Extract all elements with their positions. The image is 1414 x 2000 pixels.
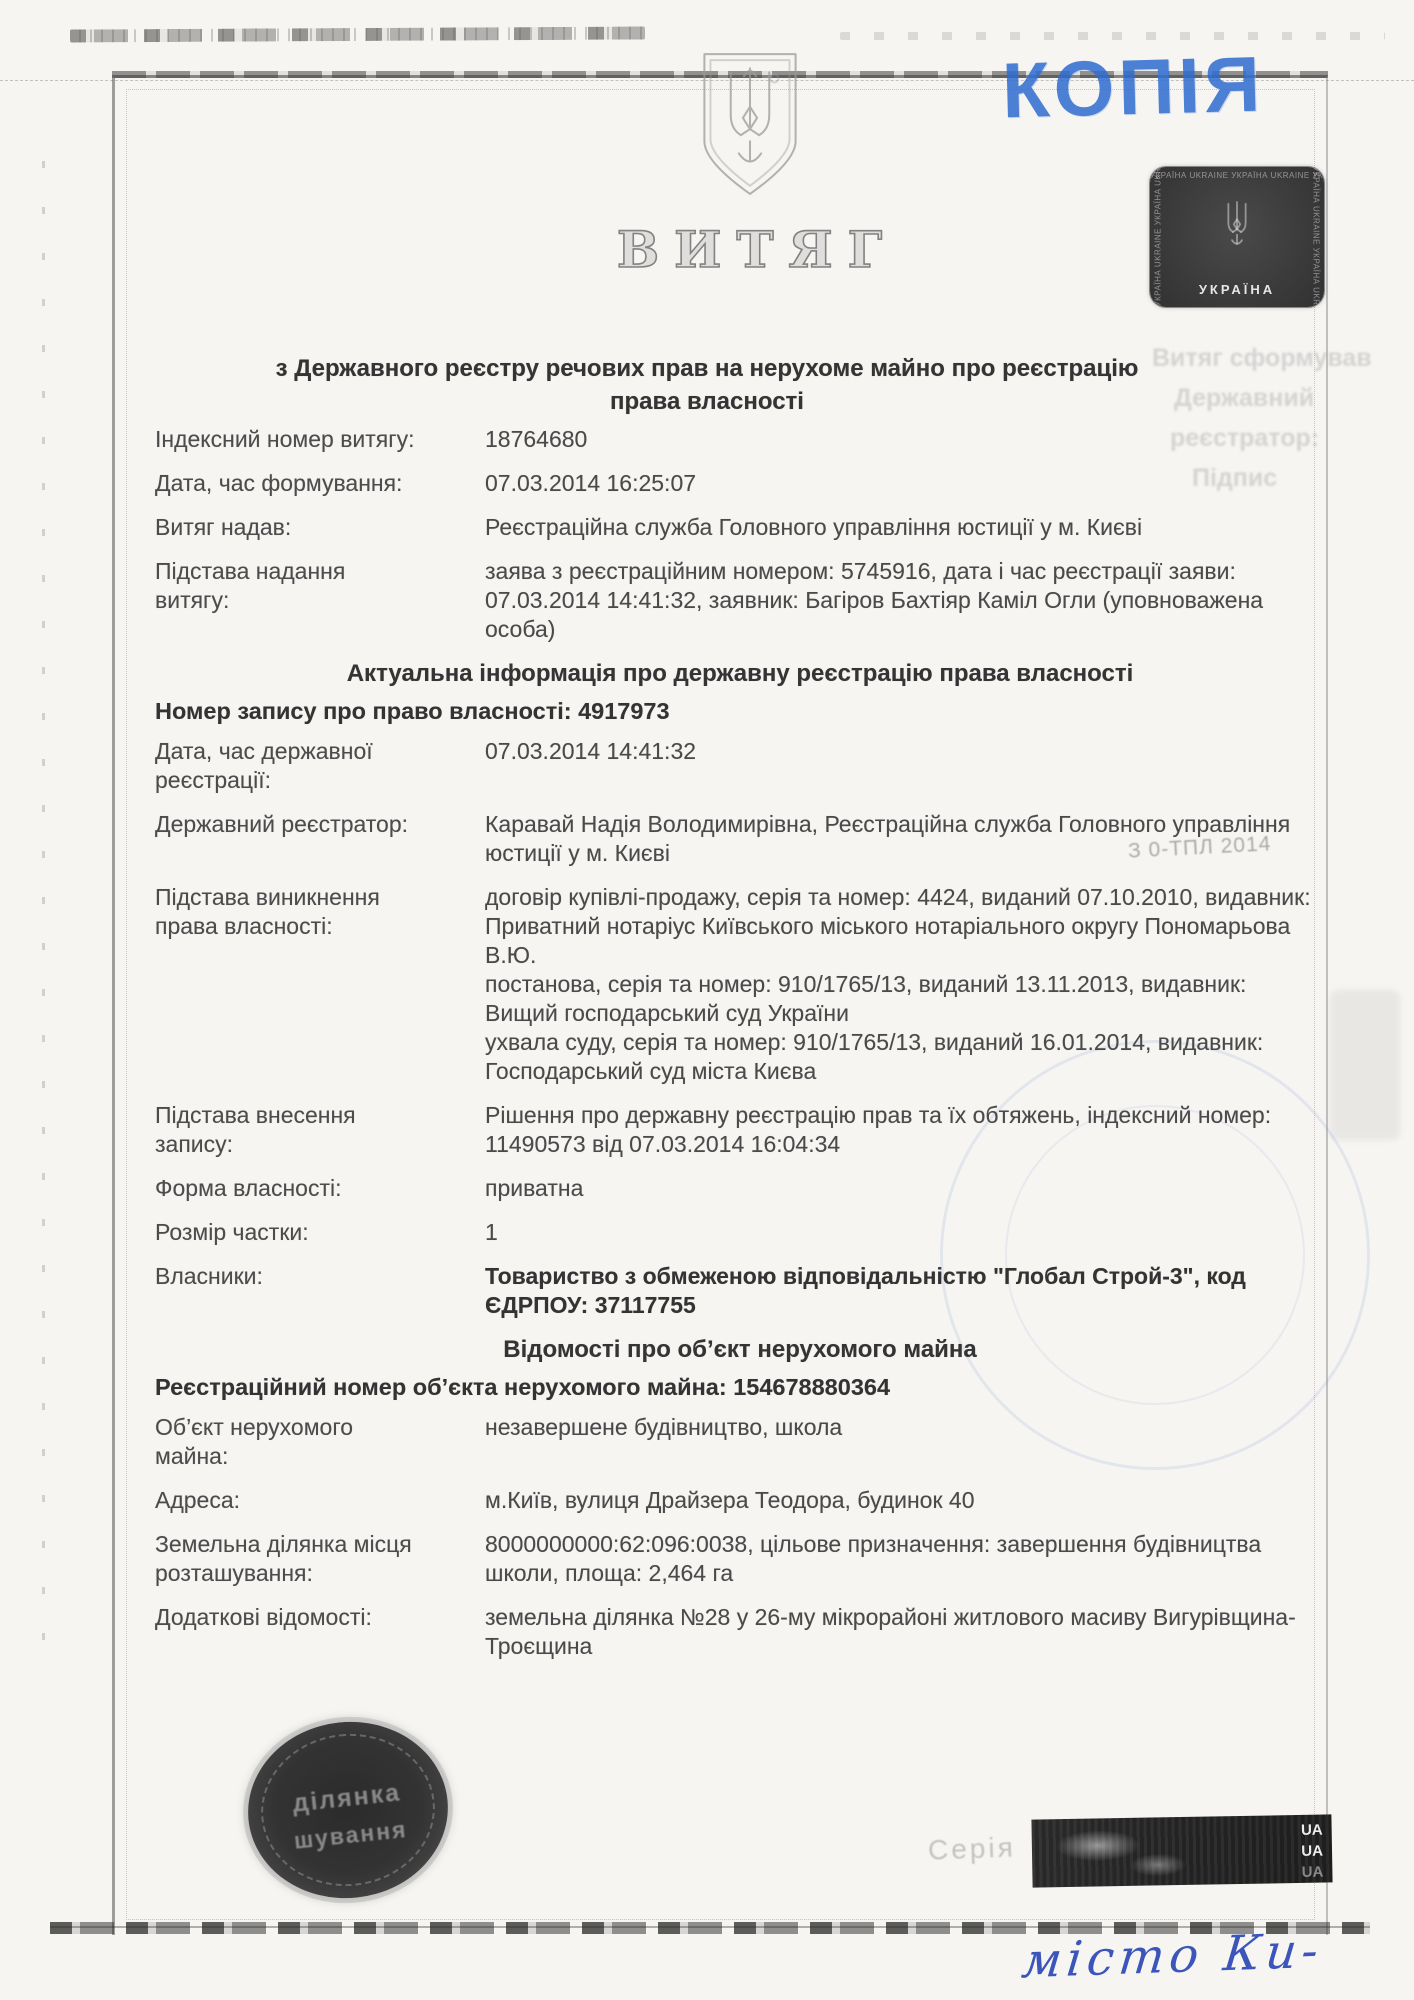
- field-label: Підстава виникнення права власності:: [155, 883, 425, 1086]
- redaction-bar: UA UA UA: [1031, 1814, 1332, 1887]
- field-label: Об’єкт нерухомого майна:: [155, 1413, 425, 1471]
- field-value: 07.03.2014 14:41:32: [485, 737, 1325, 795]
- field-label: Власники:: [155, 1262, 425, 1320]
- field-label: Додаткові відомості:: [155, 1603, 425, 1661]
- seal-country-label: УКРАЇНА: [1150, 282, 1324, 297]
- field-row: Додаткові відомості:земельна ділянка №28…: [155, 1603, 1325, 1661]
- field-value: приватна: [485, 1174, 1325, 1203]
- field-value: 18764680: [485, 425, 1325, 454]
- field-row: Дата, час формування:07.03.2014 16:25:07: [155, 469, 1325, 498]
- field-label: Державний реєстратор:: [155, 810, 425, 868]
- field-row: Адреса:м.Київ, вулиця Драйзера Теодора, …: [155, 1486, 1325, 1515]
- field-label: Дата, час державної реєстрації:: [155, 737, 425, 795]
- top-fields: Індексний номер витягу:18764680Дата, час…: [155, 425, 1325, 644]
- field-value: договір купівлі-продажу, серія та номер:…: [485, 883, 1325, 1086]
- field-value: Рішення про державну реєстрацію прав та …: [485, 1101, 1325, 1159]
- seal-ring-text: УКРАЇНА UKRAINE УКРАЇНА UKRAINE УКРАЇНА: [1150, 171, 1324, 180]
- field-row: Витяг надав:Реєстраційна служба Головног…: [155, 513, 1325, 542]
- scan-artifact-dashes: [42, 140, 45, 1640]
- document-heading: з Державного реєстру речових прав на нер…: [262, 352, 1152, 418]
- field-row: Об’єкт нерухомого майна:незавершене буді…: [155, 1413, 1325, 1471]
- field-row: Підстава виникнення права власності:дого…: [155, 883, 1325, 1086]
- field-value: 1: [485, 1218, 1325, 1247]
- field-label: Розмір частки:: [155, 1218, 425, 1247]
- field-row: Форма власності:приватна: [155, 1174, 1325, 1203]
- scan-artifact-strip: [70, 26, 645, 42]
- field-row: Розмір частки:1: [155, 1218, 1325, 1247]
- scanned-document-page: ВИТЯГ КОПІЯ УКРАЇНА UKRAINE УКРАЇНА UKRA…: [0, 0, 1414, 2000]
- section2-heading: Відомості про об’єкт нерухомого майна: [155, 1335, 1325, 1364]
- ua-label: UA: [1302, 1862, 1324, 1883]
- field-row: Індексний номер витягу:18764680: [155, 425, 1325, 454]
- field-value: Каравай Надія Володимирівна, Реєстраційн…: [485, 810, 1325, 868]
- ukraine-hologram-seal: УКРАЇНА UKRAINE УКРАЇНА UKRAINE УКРАЇНА …: [1150, 167, 1324, 307]
- ua-label: UA: [1301, 1841, 1323, 1862]
- field-label: Підстава надання витягу:: [155, 557, 425, 644]
- field-value: Реєстраційна служба Головного управління…: [485, 513, 1325, 542]
- field-value: Товариство з обмеженою відповідальністю …: [485, 1262, 1325, 1320]
- field-row: Дата, час державної реєстрації:07.03.201…: [155, 737, 1325, 795]
- section1-heading: Актуальна інформація про державну реєстр…: [155, 659, 1325, 688]
- ua-label: UA: [1301, 1820, 1323, 1841]
- bleedthrough-line: Витяг сформував: [1152, 338, 1414, 378]
- trident-icon: [1212, 189, 1262, 265]
- scan-artifact-strip: [840, 32, 1385, 40]
- field-label: Земельна ділянка місця розташування:: [155, 1530, 425, 1588]
- bleedthrough-blob: [1330, 990, 1400, 1140]
- document-title: ВИТЯГ: [612, 220, 902, 279]
- handwritten-note: місто Ки-: [1019, 1923, 1326, 1990]
- field-row: Підстава надання витягу:заява з реєстрац…: [155, 557, 1325, 644]
- ownership-record-number-line: Номер запису про право власності: 491797…: [155, 697, 1325, 726]
- field-label: Дата, час формування:: [155, 469, 425, 498]
- field-label: Витяг надав:: [155, 513, 425, 542]
- field-row: Земельна ділянка місця розташування:8000…: [155, 1530, 1325, 1588]
- field-row: Власники:Товариство з обмеженою відповід…: [155, 1262, 1325, 1320]
- field-value: м.Київ, вулиця Драйзера Теодора, будинок…: [485, 1486, 1325, 1515]
- ua-country-code-labels: UA UA UA: [1301, 1820, 1324, 1883]
- document-body: Індексний номер витягу:18764680Дата, час…: [155, 425, 1325, 1676]
- field-label: Підстава внесення запису:: [155, 1101, 425, 1159]
- copy-stamp: КОПІЯ: [1001, 39, 1265, 137]
- trident-emblem-icon: [694, 48, 806, 200]
- seria-label: Серія: [927, 1831, 1016, 1866]
- bleedthrough-line: Державний: [1152, 378, 1414, 418]
- field-label: Форма власності:: [155, 1174, 425, 1203]
- field-row: Державний реєстратор:Каравай Надія Волод…: [155, 810, 1325, 868]
- object-registration-number-line: Реєстраційний номер об’єкта нерухомого м…: [155, 1373, 1325, 1402]
- section1-fields: Дата, час державної реєстрації:07.03.201…: [155, 737, 1325, 1320]
- field-value: 07.03.2014 16:25:07: [485, 469, 1325, 498]
- field-label: Індексний номер витягу:: [155, 425, 425, 454]
- field-value: заява з реєстраційним номером: 5745916, …: [485, 557, 1325, 644]
- field-label: Адреса:: [155, 1486, 425, 1515]
- field-value: 8000000000:62:096:0038, цільове призначе…: [485, 1530, 1325, 1588]
- field-value: земельна ділянка №28 у 26-му мікрорайоні…: [485, 1603, 1325, 1661]
- section2-fields: Об’єкт нерухомого майна:незавершене буді…: [155, 1413, 1325, 1661]
- field-row: Підстава внесення запису:Рішення про дер…: [155, 1101, 1325, 1159]
- field-value: незавершене будівництво, школа: [485, 1413, 1325, 1471]
